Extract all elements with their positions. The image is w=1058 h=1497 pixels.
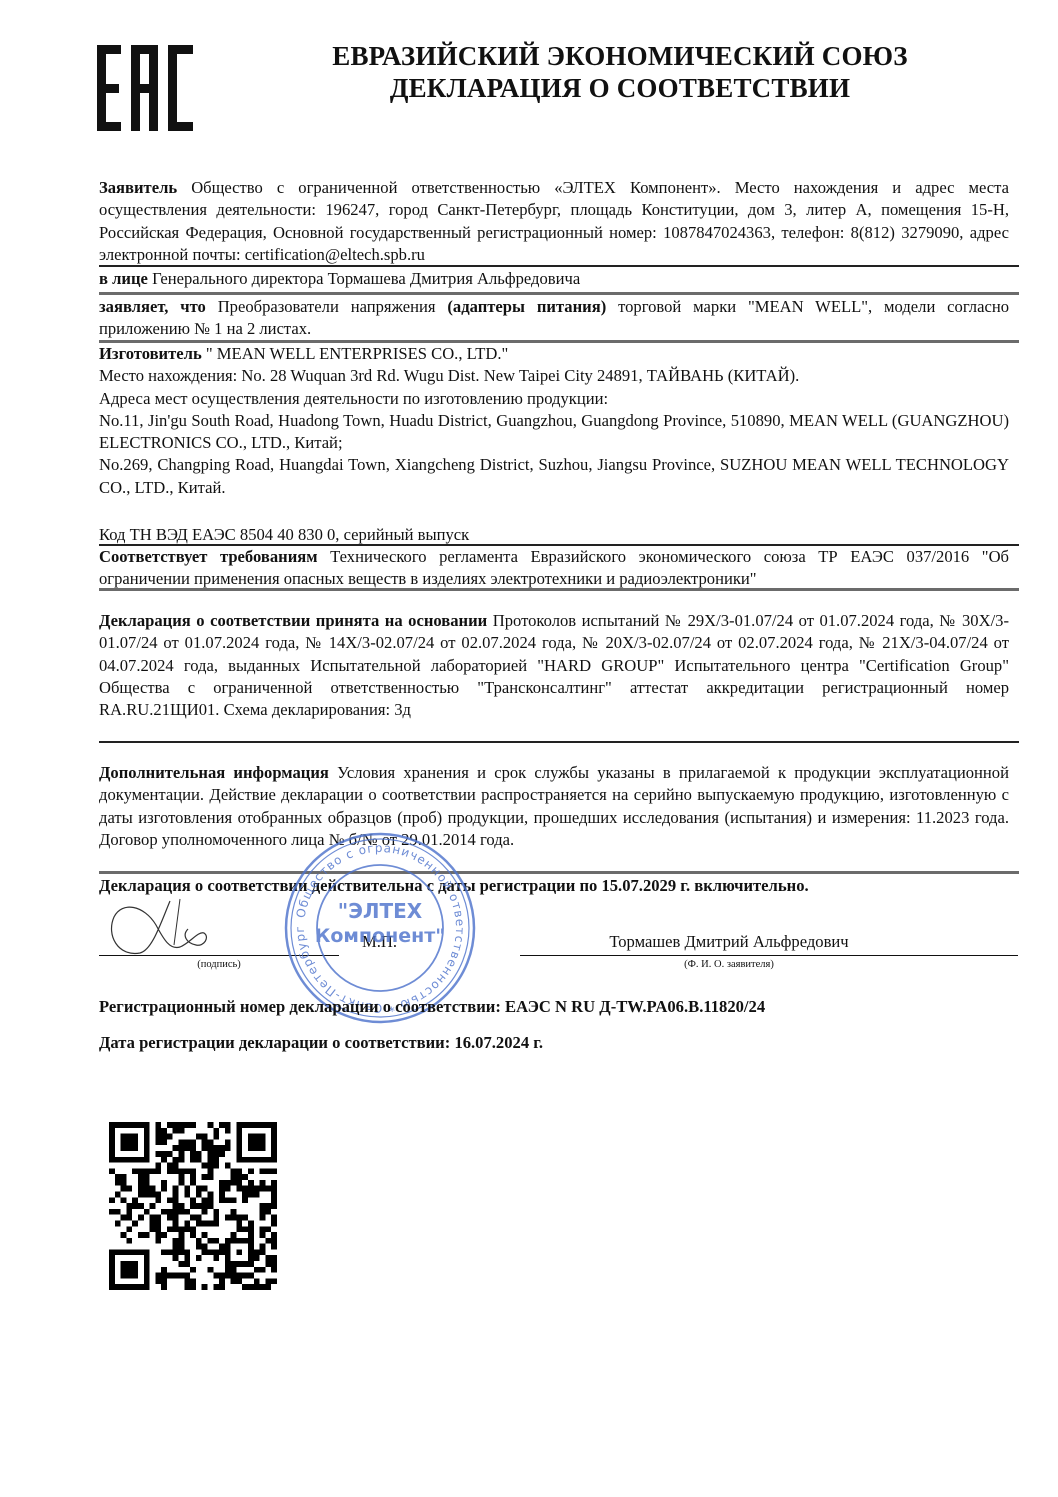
declares-text: Преобразователи напряжения xyxy=(218,297,436,316)
additional-info-label: Дополнительная информация xyxy=(99,763,329,782)
registration-number: Регистрационный номер декларации о соотв… xyxy=(99,996,1009,1018)
represented-by-label: в лице xyxy=(99,269,148,288)
represented-by-text: Генерального директора Тормашева Дмитрия… xyxy=(152,269,580,288)
declares-label: заявляет, что xyxy=(99,297,206,316)
conformity-label: Соответствует требованиям xyxy=(99,547,318,566)
basis-label: Декларация о соответствии принята на осн… xyxy=(99,611,487,630)
name-line xyxy=(520,955,1018,956)
title-union: ЕВРАЗИЙСКИЙ ЭКОНОМИЧЕСКИЙ СОЮЗ xyxy=(250,40,990,72)
registration-date-value: 16.07.2024 г. xyxy=(454,1033,543,1052)
stamp-center-line2: Компонент" xyxy=(315,925,445,947)
name-caption: (Ф. И. О. заявителя) xyxy=(520,959,938,970)
declares-product-type: (адаптеры питания) xyxy=(447,297,606,316)
applicant-section: Заявитель Общество с ограниченной ответс… xyxy=(99,177,1009,266)
stamp-center-line1: "ЭЛТЕХ xyxy=(338,899,423,923)
applicant-text: Общество с ограниченной ответственностью… xyxy=(99,178,1009,264)
registration-date-label: Дата регистрации декларации о соответств… xyxy=(99,1033,450,1052)
manufacturer-label: Изготовитель xyxy=(99,344,202,363)
basis-section: Декларация о соответствии принята на осн… xyxy=(99,610,1009,721)
divider xyxy=(99,871,1019,874)
eac-logo-icon xyxy=(97,45,193,131)
manufacturer-site: No.11, Jin'gu South Road, Huadong Town, … xyxy=(99,410,1009,455)
registration-number-value: ЕАЭС N RU Д-TW.PA06.B.11820/24 xyxy=(505,997,765,1016)
manufacturer-section: Изготовитель " MEAN WELL ENTERPRISES CO.… xyxy=(99,343,1009,499)
signature-icon xyxy=(100,895,240,960)
title-declaration: ДЕКЛАРАЦИЯ О СООТВЕТСТВИИ xyxy=(250,72,990,104)
validity-statement: Декларация о соответствии действительна … xyxy=(99,875,1009,897)
qr-code-icon[interactable] xyxy=(109,1122,277,1290)
divider xyxy=(99,741,1019,743)
divider xyxy=(99,292,1019,295)
additional-info-section: Дополнительная информация Условия хранен… xyxy=(99,762,1009,851)
manufacturer-location: Место нахождения: No. 28 Wuquan 3rd Rd. … xyxy=(99,365,1009,387)
manufacturer-sites-heading: Адреса мест осуществления деятельности п… xyxy=(99,388,1009,410)
applicant-label: Заявитель xyxy=(99,178,177,197)
registration-date: Дата регистрации декларации о соответств… xyxy=(99,1032,1009,1054)
hs-code: Код ТН ВЭД ЕАЭС 8504 40 830 0, серийный … xyxy=(99,524,1009,546)
divider xyxy=(99,588,1019,591)
manufacturer-name: " MEAN WELL ENTERPRISES CO., LTD." xyxy=(206,344,508,363)
manufacturer-site: No.269, Changping Road, Huangdai Town, X… xyxy=(99,454,1009,499)
conformity-section: Соответствует требованиям Технического р… xyxy=(99,546,1009,591)
registration-number-label: Регистрационный номер декларации о соотв… xyxy=(99,997,501,1016)
signer-name: Тормашев Дмитрий Альфредович xyxy=(520,932,938,952)
represented-by-section: в лице Генерального директора Тормашева … xyxy=(99,268,1009,290)
declares-section: заявляет, что Преобразователи напряжения… xyxy=(99,296,1009,341)
divider xyxy=(99,265,1019,267)
